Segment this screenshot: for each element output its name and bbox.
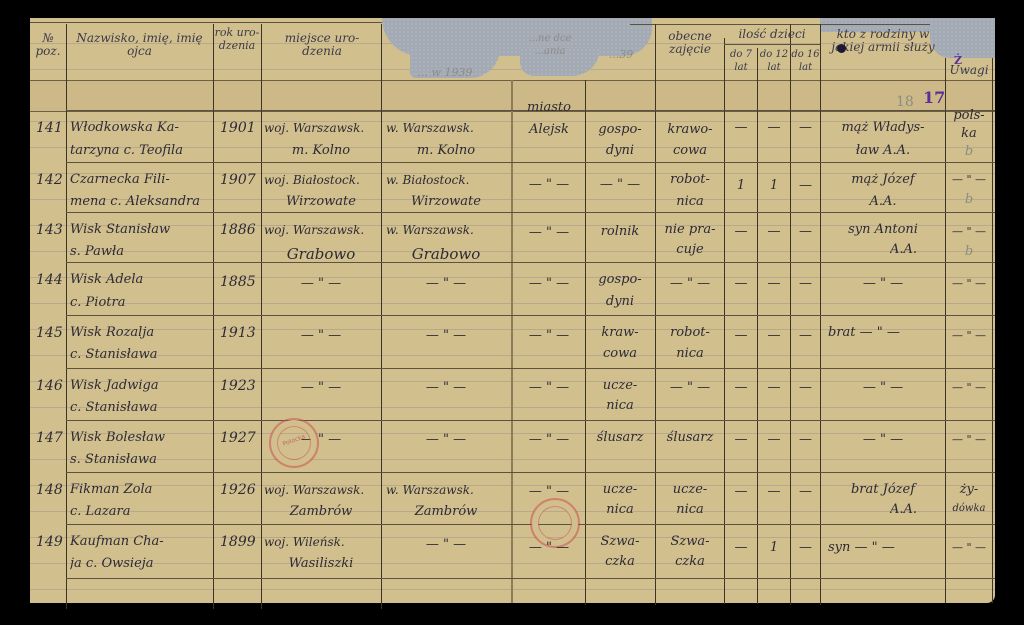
family-army-ditto: — " — [822, 376, 944, 400]
row-number: 144 [36, 268, 63, 292]
header-children: ilość dzieci [725, 28, 819, 41]
birthplace-line-1: woj. Białostock. [264, 169, 360, 191]
prior-residence-ditto: — " — [514, 428, 584, 452]
birthplace-line-1: woj. Warszawsk. [264, 117, 364, 139]
header-children-12: do 12 lat [758, 48, 790, 74]
remarks-line-2: dówka [944, 498, 994, 520]
current-occupation-line-2: nica [656, 190, 724, 214]
children-7: — [725, 116, 757, 140]
children-16: — [791, 174, 820, 198]
row-number: 147 [36, 426, 63, 450]
header-residence-1939: ... w 1939 [385, 66, 505, 79]
page-number-ink: 17 [923, 86, 945, 110]
row-rule [66, 262, 995, 263]
children-7: — [725, 324, 757, 348]
row-rule [66, 420, 995, 421]
residence-line-1: w. Warszawsk. [386, 479, 474, 501]
remarks-ditto: — " — [946, 324, 992, 348]
children-12: — [758, 324, 790, 348]
birth-year: 1927 [220, 426, 256, 450]
header-children-16: do 16 lat [791, 48, 820, 74]
family-army-ditto: — " — [822, 428, 944, 452]
current-occupation-ditto: — " — [656, 376, 724, 400]
children-7: — [725, 376, 757, 400]
name-line-2: s. Stanisława [70, 448, 157, 472]
birthplace-line-2: Wasiliszki [262, 552, 380, 576]
children-12: 1 [758, 174, 790, 198]
children-7: — [725, 272, 757, 296]
residence-line-2: Zambrów [382, 500, 510, 524]
remarks-pencil: b [946, 140, 992, 164]
residence-ditto: — " — [382, 533, 510, 557]
name-line-1: Wisk Bolesław [70, 426, 165, 450]
prior-residence-ditto: — " — [514, 324, 584, 348]
name-line-2: c. Lazara [70, 500, 131, 524]
prior-residence-line-1: miasto [514, 96, 584, 120]
current-occupation-ditto: — " — [656, 272, 724, 296]
residence-line-2: Wirzowate [382, 190, 510, 214]
current-occupation-line-2: cowa [656, 139, 724, 163]
residence-line-1: w. Białostock. [386, 169, 469, 191]
current-occupation-line-2: cuje [656, 238, 724, 262]
remarks-ditto: — " — [946, 272, 992, 296]
name-line-2: c. Piotra [70, 291, 125, 315]
official-stamp: Potocka [269, 418, 319, 468]
header-top-rule [30, 22, 382, 23]
children-16: — [791, 116, 820, 140]
children-12: — [758, 480, 790, 504]
children-16: — [791, 324, 820, 348]
name-line-1: Wisk Adela [70, 268, 143, 292]
birthplace-line-2: m. Kolno [262, 139, 380, 163]
prior-residence-ditto: — " — [514, 221, 584, 245]
name-line-2: mena c. Aleksandra [70, 190, 200, 214]
remarks-pencil: b [946, 240, 992, 264]
birth-year: 1923 [220, 374, 256, 398]
birth-year: 1913 [220, 321, 256, 345]
occupation-1939: rolnik [586, 220, 654, 244]
children-12: 1 [758, 536, 790, 560]
birth-year: 1926 [220, 478, 256, 502]
birthplace-line-1: woj. Warszawsk. [264, 219, 364, 241]
birth-year: 1886 [220, 218, 256, 242]
birthplace-line-1: woj. Warszawsk. [264, 479, 364, 501]
header-birth-year: rok uro-dzenia [214, 26, 260, 52]
row-rule [66, 472, 995, 473]
name-line-2: c. Stanisława [70, 396, 157, 420]
row-rule [66, 315, 995, 316]
family-army-line-1: mąż Władys- [822, 116, 944, 140]
occupation-1939-line-1: gospo- [586, 268, 654, 292]
current-occupation: ślusarz [656, 426, 724, 450]
family-army-line-1: syn Antoni [822, 218, 944, 242]
children-7: — [725, 220, 757, 244]
birthplace-ditto: — " — [262, 376, 380, 400]
birthplace-line-2: Zambrów [262, 500, 380, 524]
prior-residence-ditto: — " — [514, 376, 584, 400]
ink-blot [837, 44, 846, 53]
header-occupation-1939: ...39 [588, 48, 654, 61]
residence-ditto: — " — [382, 376, 510, 400]
prior-residence-ditto: — " — [514, 173, 584, 197]
occupation-1939-line-2: cowa [586, 342, 654, 366]
children-12: — [758, 376, 790, 400]
birthplace-line-1: woj. Wileńsk. [264, 531, 345, 553]
remarks-ditto: — " — [946, 536, 992, 560]
remarks-pencil: b [946, 188, 992, 212]
header-birthplace: miejsce uro-dzenia [266, 32, 378, 58]
row-number: 142 [36, 168, 63, 192]
col-divider [66, 24, 67, 609]
prior-residence-line-2: Alejsk [514, 118, 584, 142]
name-line-1: Fikman Zola [70, 478, 152, 502]
name-line-1: Czarnecka Fili- [70, 168, 170, 192]
children-12: — [758, 272, 790, 296]
remarks-ditto: — " — [946, 428, 992, 452]
birth-year: 1899 [220, 530, 256, 554]
children-16: — [791, 376, 820, 400]
birthplace-ditto: — " — [262, 324, 380, 348]
children-16: — [791, 536, 820, 560]
row-number: 148 [36, 478, 63, 502]
birth-year: 1907 [220, 168, 256, 192]
children-7: — [725, 480, 757, 504]
name-line-1: Wisk Rozalja [70, 321, 154, 345]
family-army-line-2: A.A. [890, 498, 917, 522]
children-12: — [758, 428, 790, 452]
current-occupation-line-2: czka [656, 550, 724, 574]
current-occupation-line-1: robot- [656, 168, 724, 192]
family-army-line-2: A.A. [822, 190, 944, 214]
family-army-line-2: A.A. [890, 238, 917, 262]
row-rule [66, 578, 995, 579]
row-number: 141 [36, 116, 63, 140]
residence-line-1: w. Warszawsk. [386, 117, 474, 139]
residence-line-1: w. Warszawsk. [386, 219, 474, 241]
remarks-ditto: — " — [946, 376, 992, 400]
header-name: Nazwisko, imię, imię ojca [68, 32, 211, 58]
name-line-2: c. Stanisława [70, 343, 157, 367]
prior-residence-ditto: — " — [514, 536, 584, 560]
name-line-1: Kaufman Cha- [70, 530, 164, 554]
name-line-1: Wisk Stanisław [70, 218, 170, 242]
birth-year: 1885 [220, 270, 256, 294]
row-number: 145 [36, 321, 63, 345]
occupation-1939-line-2: czka [586, 550, 654, 574]
children-7: — [725, 428, 757, 452]
children-16: — [791, 220, 820, 244]
header-current-occupation: obecne zajęcie [657, 30, 723, 56]
residence-ditto: — " — [382, 428, 510, 452]
children-16: — [791, 428, 820, 452]
name-line-2: ja c. Owsieja [70, 552, 154, 576]
occupation-1939-line-2: nica [586, 394, 654, 418]
name-line-1: Włodkowska Ka- [70, 116, 179, 140]
prior-residence-ditto: — " — [514, 272, 584, 296]
children-7: — [725, 536, 757, 560]
residence-line-2: Grabowo [382, 242, 510, 266]
header-prior-residence: ...ne dce ...ania [516, 32, 584, 58]
row-number: 146 [36, 374, 63, 398]
children-subheader-rule [724, 44, 820, 45]
children-12: — [758, 220, 790, 244]
occupation-1939-line-2: nica [586, 498, 654, 522]
residence-ditto: — " — [382, 272, 510, 296]
row-number: 149 [36, 530, 63, 554]
row-rule [66, 368, 995, 369]
marginal-note-purple: Ż [948, 54, 968, 67]
current-occupation-line-2: nica [656, 498, 724, 522]
family-army: syn — " — [828, 536, 895, 560]
residence-ditto: — " — [382, 324, 510, 348]
children-16: — [791, 272, 820, 296]
col-divider [992, 58, 993, 603]
name-line-2: tarzyna c. Teofila [70, 139, 183, 163]
row-number: 143 [36, 218, 63, 242]
col-divider [213, 24, 214, 609]
occupation-1939-line-2: dyni [586, 290, 654, 314]
family-army-ditto: — " — [822, 272, 944, 296]
current-occupation-line-2: nica [656, 342, 724, 366]
occupation-1939-line-2: dyni [586, 139, 654, 163]
ledger-page: № poz. Nazwisko, imię, imię ojca rok uro… [30, 18, 995, 603]
name-line-2: s. Pawła [70, 240, 124, 264]
family-army-line-1: brat Józef [822, 478, 944, 502]
birthplace-line-2: Grabowo [262, 242, 380, 266]
name-line-1: Wisk Jadwiga [70, 374, 159, 398]
header-no: № poz. [30, 32, 66, 58]
birthplace-line-2: Wirzowate [262, 190, 380, 214]
residence-line-2: m. Kolno [382, 139, 510, 163]
birthplace-ditto: — " — [262, 272, 380, 296]
header-children-7: do 7 lat [725, 48, 757, 74]
family-army-line-1: mąż Józef [822, 168, 944, 192]
family-army-line-2: ław A.A. [822, 139, 944, 163]
children-12: — [758, 116, 790, 140]
birth-year: 1901 [220, 116, 256, 140]
occupation-1939: ślusarz [586, 426, 654, 450]
header-top-rule [630, 24, 930, 25]
children-7: 1 [725, 174, 757, 198]
occupation-1939-ditto: — " — [586, 173, 654, 197]
children-16: — [791, 480, 820, 504]
family-army: brat — " — [828, 321, 900, 345]
